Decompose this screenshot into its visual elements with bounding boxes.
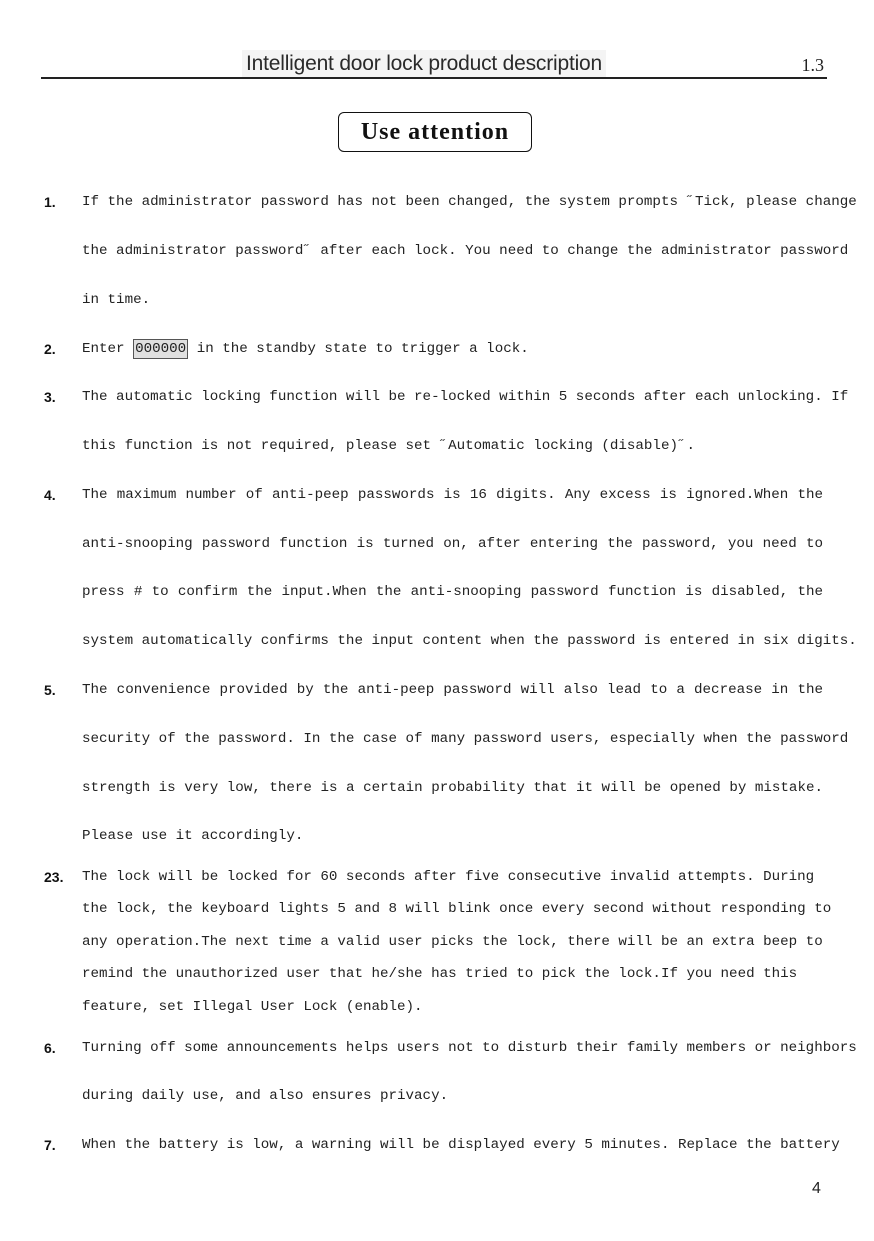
section-title: Use attention (338, 112, 532, 152)
item-number: 3. (44, 389, 56, 405)
document-version: 1.3 (802, 55, 825, 76)
item-number: 1. (44, 194, 56, 210)
item-number: 6. (44, 1040, 56, 1056)
item-text-line: security of the password. In the case of… (82, 729, 823, 749)
item-text-line: Enter 000000 in the standby state to tri… (82, 339, 529, 359)
item-text-line: strength is very low, there is a certain… (82, 778, 823, 798)
item-text-line: The automatic locking function will be r… (82, 387, 823, 407)
item-number: 4. (44, 487, 56, 503)
item-text-line: Turning off some announcements helps use… (82, 1038, 823, 1058)
item-text-line: anti-snooping password function is turne… (82, 534, 823, 554)
item-text-line: The convenience provided by the anti-pee… (82, 680, 823, 700)
item-text-line: the lock, the keyboard lights 5 and 8 wi… (82, 899, 831, 919)
item-number: 2. (44, 341, 56, 357)
item-text-line: feature, set Illegal User Lock (enable). (82, 997, 423, 1017)
header-divider (41, 77, 827, 79)
item-number: 7. (44, 1137, 56, 1153)
item-text-line: any operation.The next time a valid user… (82, 932, 823, 952)
item-text-line: When the battery is low, a warning will … (82, 1135, 823, 1155)
item-text-line: press # to confirm the input.When the an… (82, 582, 823, 602)
item-text-line: system automatically confirms the input … (82, 631, 823, 651)
item-text-line: remind the unauthorized user that he/she… (82, 964, 797, 984)
item-text-line: If the administrator password has not be… (82, 192, 823, 212)
item-text-line: during daily use, and also ensures priva… (82, 1086, 448, 1106)
code-highlight: 000000 (133, 339, 188, 359)
item-text-line: The maximum number of anti-peep password… (82, 485, 823, 505)
item-text-suffix: in the standby state to trigger a lock. (197, 341, 529, 357)
page-number: 4 (812, 1180, 821, 1198)
item-text-prefix: Enter (82, 341, 125, 357)
item-text-line: Please use it accordingly. (82, 826, 303, 846)
item-number: 23. (44, 869, 63, 885)
item-number: 5. (44, 682, 56, 698)
item-text-line: the administrator password˝ after each l… (82, 241, 823, 261)
item-text-line: this function is not required, please se… (82, 436, 695, 456)
item-text-line: in time. (82, 290, 150, 310)
document-title: Intelligent door lock product descriptio… (242, 50, 606, 78)
item-text-line: The lock will be locked for 60 seconds a… (82, 867, 814, 887)
